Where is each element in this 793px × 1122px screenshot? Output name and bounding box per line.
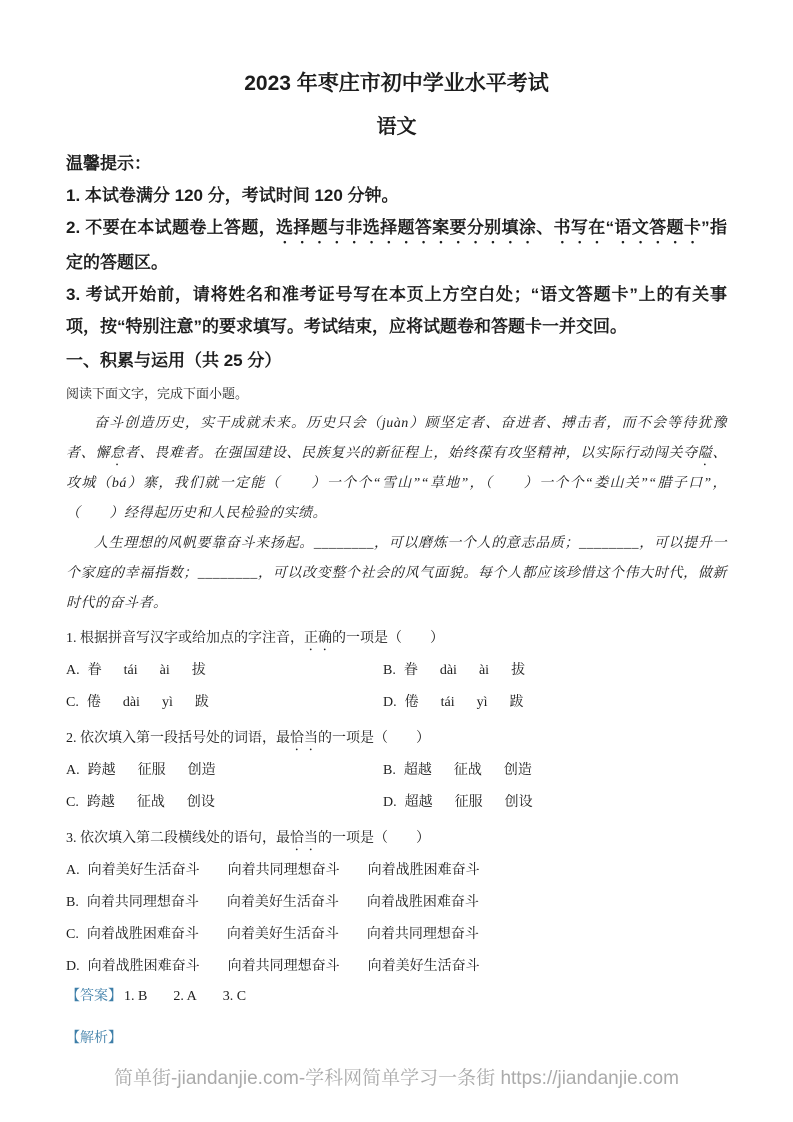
- analysis-line: 【解析】: [66, 1023, 727, 1055]
- answer-label: 【答案】: [66, 981, 122, 1013]
- option-items: 超越征战创造: [404, 755, 532, 787]
- option-label: C.: [66, 927, 79, 942]
- list-item-text: 眷: [404, 655, 418, 687]
- question-2-options: A.跨越征服创造 B.超越征战创造 C.跨越征战创设 D.超越征服创设: [66, 755, 727, 819]
- list-item-text: 创造: [188, 755, 216, 787]
- question-2: 2. 依次填入第一段括号处的词语，最恰当的一项是（ ） A.跨越征服创造 B.超…: [66, 723, 727, 819]
- answer-line: 【答案】1. B2. A3. C: [66, 981, 727, 1013]
- option-items: 跨越征服创造: [88, 755, 216, 787]
- list-item-text: dài: [123, 687, 140, 719]
- stem-text: 的一项是（ ）: [332, 631, 444, 646]
- option-c: C.向着战胜困难奋斗向着美好生活奋斗向着共同理想奋斗: [66, 919, 727, 951]
- question-3-options: A.向着美好生活奋斗向着共同理想奋斗向着战胜困难奋斗 B.向着共同理想奋斗向着美…: [66, 855, 727, 983]
- list-item-text: dài: [440, 655, 457, 687]
- notice-heading: 温馨提示：: [66, 148, 727, 180]
- stem-emphasis: 恰当: [290, 731, 318, 746]
- notice-item-3: 3. 考试开始前，请将姓名和准考证号写在本页上方空白处；“语文答题卡”上的有关事…: [66, 279, 727, 343]
- option-b: B.超越征战创造: [383, 755, 727, 787]
- list-item-text: ài: [160, 655, 170, 687]
- option-items: 向着美好生活奋斗向着共同理想奋斗向着战胜困难奋斗: [88, 855, 480, 887]
- option-c: C.倦dàiyì跋: [66, 687, 383, 719]
- list-item-text: 征战: [454, 755, 482, 787]
- option-label: B.: [383, 763, 396, 778]
- option-d: D.向着战胜困难奋斗向着共同理想奋斗向着美好生活奋斗: [66, 951, 727, 983]
- stem-emphasis: 正确: [304, 631, 332, 646]
- list-item-text: 向着美好生活奋斗: [88, 855, 200, 887]
- list-item-text: 跋: [195, 687, 209, 719]
- list-item-text: 向着共同理想奋斗: [367, 919, 479, 951]
- option-label: B.: [66, 895, 79, 910]
- list-item-text: yì: [477, 687, 488, 719]
- option-items: 向着战胜困难奋斗向着共同理想奋斗向着美好生活奋斗: [88, 951, 480, 983]
- passage-paragraph-1: 奋斗创造历史，实干成就未来。历史只会（juàn）顾坚定者、奋进者、搏击者，而不会…: [66, 409, 727, 529]
- passage-paragraph-2: 人生理想的风帆要靠奋斗来扬起。________，可以磨炼一个人的意志品质；___…: [66, 529, 727, 619]
- option-label: A.: [66, 863, 80, 878]
- option-d: D.超越征服创设: [383, 787, 727, 819]
- page-content: 2023 年枣庄市初中学业水平考试 语文 温馨提示： 1. 本试卷满分 120 …: [0, 0, 793, 1055]
- option-label: C.: [66, 695, 79, 710]
- list-item-text: 向着共同理想奋斗: [228, 951, 340, 983]
- option-items: 倦táiyì跋: [405, 687, 524, 719]
- exam-paper-page: 2023 年枣庄市初中学业水平考试 语文 温馨提示： 1. 本试卷满分 120 …: [0, 0, 793, 1122]
- option-items: 向着战胜困难奋斗向着美好生活奋斗向着共同理想奋斗: [87, 919, 479, 951]
- reading-intro: 阅读下面文字，完成下面小题。: [66, 379, 727, 409]
- option-items: 倦dàiyì跋: [87, 687, 209, 719]
- list-item-text: 征服: [455, 787, 483, 819]
- option-b: B.向着共同理想奋斗向着美好生活奋斗向着战胜困难奋斗: [66, 887, 727, 919]
- list-item-text: 向着战胜困难奋斗: [87, 919, 199, 951]
- stem-text: 2. 依次填入第一段括号处的词语，最: [66, 731, 290, 746]
- notice-item-1: 1. 本试卷满分 120 分，考试时间 120 分钟。: [66, 180, 727, 212]
- list-item-text: ài: [479, 655, 489, 687]
- list-item-text: 拔: [192, 655, 206, 687]
- stem-text: 的一项是（ ）: [318, 731, 430, 746]
- option-d: D.倦táiyì跋: [383, 687, 727, 719]
- option-items: 眷dàiài拔: [404, 655, 525, 687]
- list-item-text: 征服: [138, 755, 166, 787]
- exam-title: 2023 年枣庄市初中学业水平考试: [66, 0, 727, 100]
- notice-item-2-pre: 2. 不要在本试题卷上答题，: [66, 218, 276, 237]
- list-item-text: 征战: [137, 787, 165, 819]
- passage-dotted-char: 隘: [698, 446, 713, 461]
- list-item-text: 向着共同理想奋斗: [228, 855, 340, 887]
- question-1-options: A.眷táiài拔 B.眷dàiài拔 C.倦dàiyì跋 D.倦táiyì跋: [66, 655, 727, 719]
- question-3-stem: 3. 依次填入第二段横线处的语句，最恰当的一项是（ ）: [66, 823, 727, 855]
- option-items: 跨越征战创设: [87, 787, 215, 819]
- list-item-text: 向着战胜困难奋斗: [367, 887, 479, 919]
- option-label: D.: [383, 795, 397, 810]
- list-item-text: 3. C: [223, 981, 246, 1013]
- list-item-text: yì: [162, 687, 173, 719]
- option-label: A.: [66, 763, 80, 778]
- list-item-text: 2. A: [173, 981, 196, 1013]
- option-label: A.: [66, 663, 80, 678]
- option-label: D.: [383, 695, 397, 710]
- answer-items: 1. B2. A3. C: [124, 981, 246, 1013]
- option-label: D.: [66, 959, 80, 974]
- list-item-text: tái: [124, 655, 138, 687]
- site-watermark: 简单街-jiandanjie.com-学科网简单学习一条街 https://ji…: [0, 1064, 793, 1094]
- option-items: 眷táiài拔: [88, 655, 206, 687]
- option-items: 超越征服创设: [405, 787, 533, 819]
- section-heading: 一、积累与运用（共 25 分）: [66, 345, 727, 377]
- analysis-label: 【解析】: [66, 1031, 122, 1046]
- question-1-stem: 1. 根据拼音写汉字或给加点的字注音，正确的一项是（ ）: [66, 623, 727, 655]
- list-item-text: 创设: [187, 787, 215, 819]
- option-b: B.眷dàiài拔: [383, 655, 727, 687]
- list-item-text: 创造: [504, 755, 532, 787]
- exam-subject: 语文: [66, 112, 727, 142]
- option-label: B.: [383, 663, 396, 678]
- question-1: 1. 根据拼音写汉字或给加点的字注音，正确的一项是（ ） A.眷táiài拔 B…: [66, 623, 727, 719]
- list-item-text: tái: [441, 687, 455, 719]
- stem-emphasis: 恰当: [290, 831, 318, 846]
- list-item-text: 跨越: [87, 787, 115, 819]
- reading-passage: 奋斗创造历史，实干成就未来。历史只会（juàn）顾坚定者、奋进者、搏击者，而不会…: [66, 409, 727, 619]
- passage-seg: 者、畏难者。在强国建设、民族复兴的新征程上，始终葆有攻坚精神，以实际行动闯关夺: [125, 446, 698, 461]
- option-a: A.眷táiài拔: [66, 655, 383, 687]
- list-item-text: 向着美好生活奋斗: [368, 951, 480, 983]
- list-item-text: 向着美好生活奋斗: [227, 887, 339, 919]
- list-item-text: 向着美好生活奋斗: [227, 919, 339, 951]
- option-a: A.向着美好生活奋斗向着共同理想奋斗向着战胜困难奋斗: [66, 855, 727, 887]
- question-3: 3. 依次填入第二段横线处的语句，最恰当的一项是（ ） A.向着美好生活奋斗向着…: [66, 823, 727, 983]
- list-item-text: 向着战胜困难奋斗: [88, 951, 200, 983]
- stem-text: 的一项是（ ）: [318, 831, 430, 846]
- option-label: C.: [66, 795, 79, 810]
- option-items: 向着共同理想奋斗向着美好生活奋斗向着战胜困难奋斗: [87, 887, 479, 919]
- list-item-text: 眷: [88, 655, 102, 687]
- stem-text: 3. 依次填入第二段横线处的语句，最: [66, 831, 290, 846]
- list-item-text: 向着共同理想奋斗: [87, 887, 199, 919]
- list-item-text: 创设: [505, 787, 533, 819]
- list-item-text: 超越: [405, 787, 433, 819]
- list-item-text: 拔: [511, 655, 525, 687]
- list-item-text: 倦: [405, 687, 419, 719]
- question-2-stem: 2. 依次填入第一段括号处的词语，最恰当的一项是（ ）: [66, 723, 727, 755]
- list-item-text: 超越: [404, 755, 432, 787]
- list-item-text: 倦: [87, 687, 101, 719]
- option-c: C.跨越征战创设: [66, 787, 383, 819]
- passage-dotted-char: 怠: [110, 446, 125, 461]
- list-item-text: 向着战胜困难奋斗: [368, 855, 480, 887]
- notice-section: 温馨提示： 1. 本试卷满分 120 分，考试时间 120 分钟。 2. 不要在…: [66, 148, 727, 343]
- list-item-text: 跋: [510, 687, 524, 719]
- notice-item-2: 2. 不要在本试题卷上答题，选择题与非选择题答案要分别填涂、书写在“语文答题卡”…: [66, 212, 727, 279]
- list-item-text: 1. B: [124, 981, 147, 1013]
- notice-item-2-emphasis: 选择题与非选择题答案要分别填涂、书写在“语文答题卡”: [276, 218, 710, 237]
- list-item-text: 跨越: [88, 755, 116, 787]
- stem-text: 1. 根据拼音写汉字或给加点的字注音，: [66, 631, 304, 646]
- option-a: A.跨越征服创造: [66, 755, 383, 787]
